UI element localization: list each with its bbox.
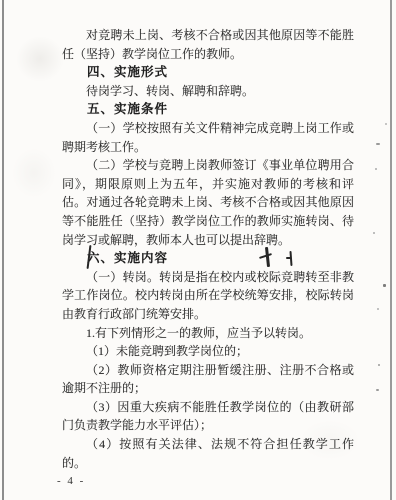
section-heading: 五、实施条件	[62, 100, 354, 119]
paragraph: （1）未能竞聘到教学岗位的；	[62, 342, 354, 361]
scan-speck	[373, 232, 375, 234]
scan-edge-right	[390, 0, 392, 500]
paragraph: （2）教师资格定期注册暂缓注册、注册不合格或逾期不注册的；	[62, 361, 354, 398]
paragraph: （3）因重大疾病不能胜任教学岗位的（由教研部门负责教学能力水平评估）；	[62, 398, 354, 435]
paragraph: （4）按照有关法律、法规不符合担任教学工作的。	[62, 435, 354, 472]
document-body: 对竞聘未上岗、考核不合格或因其他原因等不能胜任（坚持）教学岗位工作的教师。四、实…	[62, 26, 354, 472]
paragraph: 1.有下列情形之一的教师，应当予以转岗。	[62, 324, 354, 343]
section-heading: 四、实施形式	[62, 63, 354, 82]
scanned-document-page: 对竞聘未上岗、考核不合格或因其他原因等不能胜任（坚持）教学岗位工作的教师。四、实…	[0, 0, 396, 500]
scan-smudge	[16, 36, 64, 82]
scan-speck	[377, 308, 379, 310]
paragraph: （一）转岗。转岗是指在校内或校际竞聘转至非教学工作岗位。校内转岗由所在学校统筹安…	[62, 268, 354, 324]
scan-speck	[383, 284, 386, 287]
scan-speck	[376, 389, 379, 391]
page-number: - 4 -	[57, 475, 85, 487]
scan-speck	[375, 168, 377, 170]
scan-speck	[378, 364, 380, 366]
scan-edge-left	[2, 0, 4, 500]
paragraph: （二）学校与竞聘上岗教师签订《事业单位聘用合同》，期限原则上为五年，并实施对教师…	[62, 156, 354, 249]
scan-speck	[385, 123, 387, 125]
scan-speck	[376, 143, 380, 145]
paragraph: （一）学校按照有关文件精神完成竞聘上岗工作或聘期考核工作。	[62, 119, 354, 156]
section-heading: 六、实施内容	[62, 249, 354, 268]
paragraph: 对竞聘未上岗、考核不合格或因其他原因等不能胜任（坚持）教学岗位工作的教师。	[62, 26, 354, 63]
paragraph: 待岗学习、转岗、解聘和辞聘。	[62, 82, 354, 101]
scan-smudge	[12, 148, 56, 198]
